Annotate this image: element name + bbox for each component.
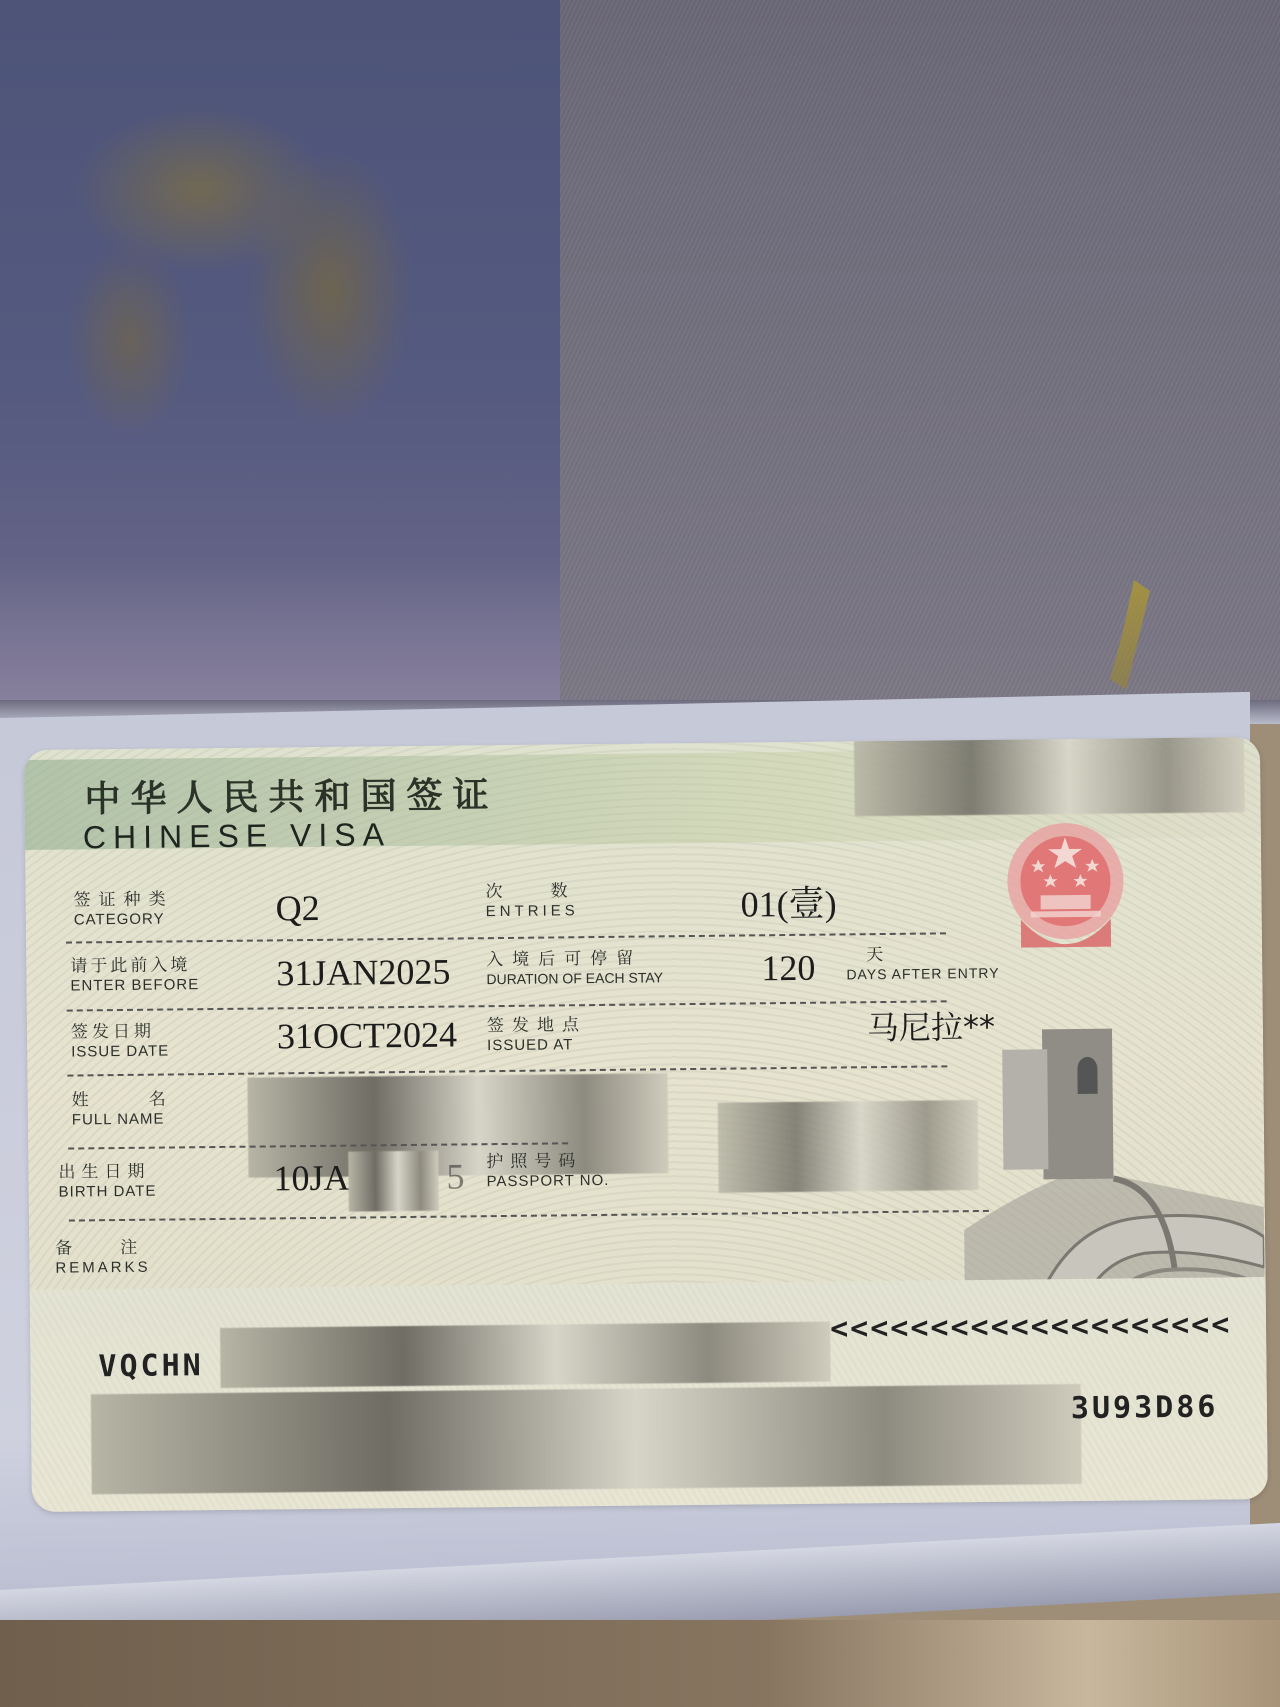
visa-title-english: CHINESE VISA xyxy=(83,816,391,856)
table-surface xyxy=(0,1620,1280,1707)
enter-before-label: 请于此前入境 ENTER BEFORE xyxy=(70,956,199,994)
entries-value: 01(壹) xyxy=(740,876,837,928)
category-label: 签证种类 CATEGORY xyxy=(73,890,173,928)
visa-sticker: 中华人民共和国签证 CHINESE VISA 签证种类 CATEGORY Q2 … xyxy=(24,737,1268,1512)
visa-title-chinese: 中华人民共和国签证 xyxy=(84,767,499,822)
redacted-mrz-line1 xyxy=(220,1322,831,1388)
full-name-label: 姓名 FULL NAME xyxy=(72,1090,226,1128)
passport-no-label: 护照号码 PASSPORT NO. xyxy=(486,1152,609,1190)
redacted-passport-number xyxy=(718,1100,979,1193)
redacted-visa-number xyxy=(854,737,1245,816)
redacted-mrz-line2 xyxy=(91,1384,1082,1494)
enter-before-value: 31JAN2025 xyxy=(276,951,450,995)
passport-page-texture xyxy=(560,0,1280,712)
duration-value: 120 xyxy=(761,947,815,990)
divider xyxy=(66,932,946,943)
duration-label: 入境后可停留 DURATION OF EACH STAY xyxy=(486,949,663,986)
divider xyxy=(69,1210,989,1222)
mrz-line2-suffix: 3U93D86 xyxy=(1071,1390,1219,1427)
entries-label: 次数 ENTRIES xyxy=(485,882,615,920)
divider xyxy=(67,1000,947,1011)
birth-date-value-visible: 10JA xyxy=(273,1157,349,1200)
issue-date-label: 签发日期 ISSUE DATE xyxy=(71,1022,169,1060)
mrz-line1-fillers: <<<<<<<<<<<<<<<<<<<< xyxy=(830,1307,1232,1346)
issue-date-value: 31OCT2024 xyxy=(277,1013,457,1057)
mrz-line1-prefix: VQCHN xyxy=(98,1348,204,1384)
national-emblem-icon xyxy=(1000,818,1132,969)
birth-date-value-suffix: 5 xyxy=(446,1155,464,1197)
passport-upper-page xyxy=(0,0,1280,712)
passport-cover-artwork xyxy=(0,0,560,712)
remarks-label: 备注 REMARKS xyxy=(55,1238,185,1276)
issued-at-label: 签发地点 ISSUED AT xyxy=(487,1016,587,1054)
birth-date-label: 出生日期 BIRTH DATE xyxy=(58,1163,156,1201)
duration-unit: 天 DAYS AFTER ENTRY xyxy=(846,945,1000,982)
redacted-birth-date xyxy=(348,1151,439,1212)
category-value: Q2 xyxy=(275,887,319,929)
